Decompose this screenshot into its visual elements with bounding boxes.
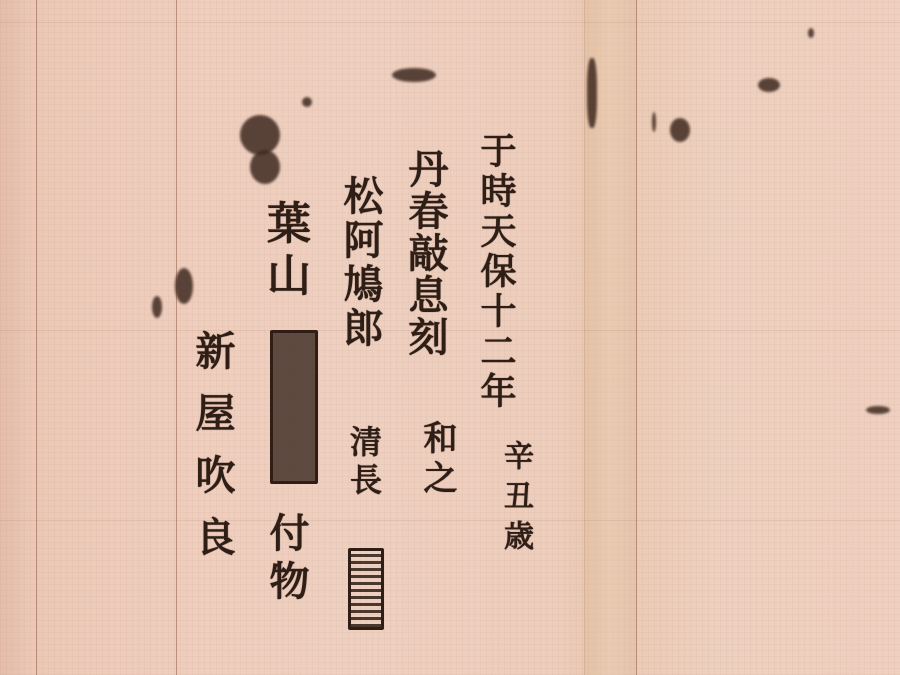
document-sheet: 于時天保十二年 辛丑歳 丹春敲息刻 和之 松阿鳩郎 清長 葉山 付物 新屋吹良 <box>0 0 900 675</box>
text-column-3-suffix: 清長 <box>348 425 380 501</box>
fold-line <box>36 0 37 675</box>
seal-small <box>348 548 384 630</box>
crease-line <box>0 520 900 521</box>
ink-stain <box>758 78 780 92</box>
ink-stain <box>670 118 690 142</box>
left-fold-panel <box>0 0 36 675</box>
ink-stain <box>587 58 597 128</box>
text-column-5: 新屋吹良 <box>192 330 232 578</box>
text-column-4: 葉山 <box>262 200 306 304</box>
fold-line <box>636 0 637 675</box>
text-column-4-suffix: 付物 <box>266 512 306 608</box>
seal-large <box>270 330 318 484</box>
ink-stain <box>240 115 280 155</box>
text-column-2-suffix: 和之 <box>420 420 454 500</box>
ink-stain <box>866 406 890 414</box>
ink-stain <box>392 68 436 82</box>
text-column-date: 于時天保十二年 <box>478 132 514 412</box>
ink-stain <box>175 268 193 304</box>
ink-stain <box>302 97 312 107</box>
ink-stain <box>152 296 162 318</box>
fold-line <box>584 0 585 675</box>
ink-stain <box>808 28 814 38</box>
ink-stain <box>652 112 656 132</box>
fold-line <box>176 0 177 675</box>
crease-line <box>0 22 900 23</box>
text-column-era: 辛丑歳 <box>500 440 530 560</box>
ink-stain <box>250 150 280 184</box>
text-column-3: 松阿鳩郎 <box>340 175 380 351</box>
text-column-2: 丹春敲息刻 <box>405 148 445 358</box>
crease-line <box>0 330 900 331</box>
